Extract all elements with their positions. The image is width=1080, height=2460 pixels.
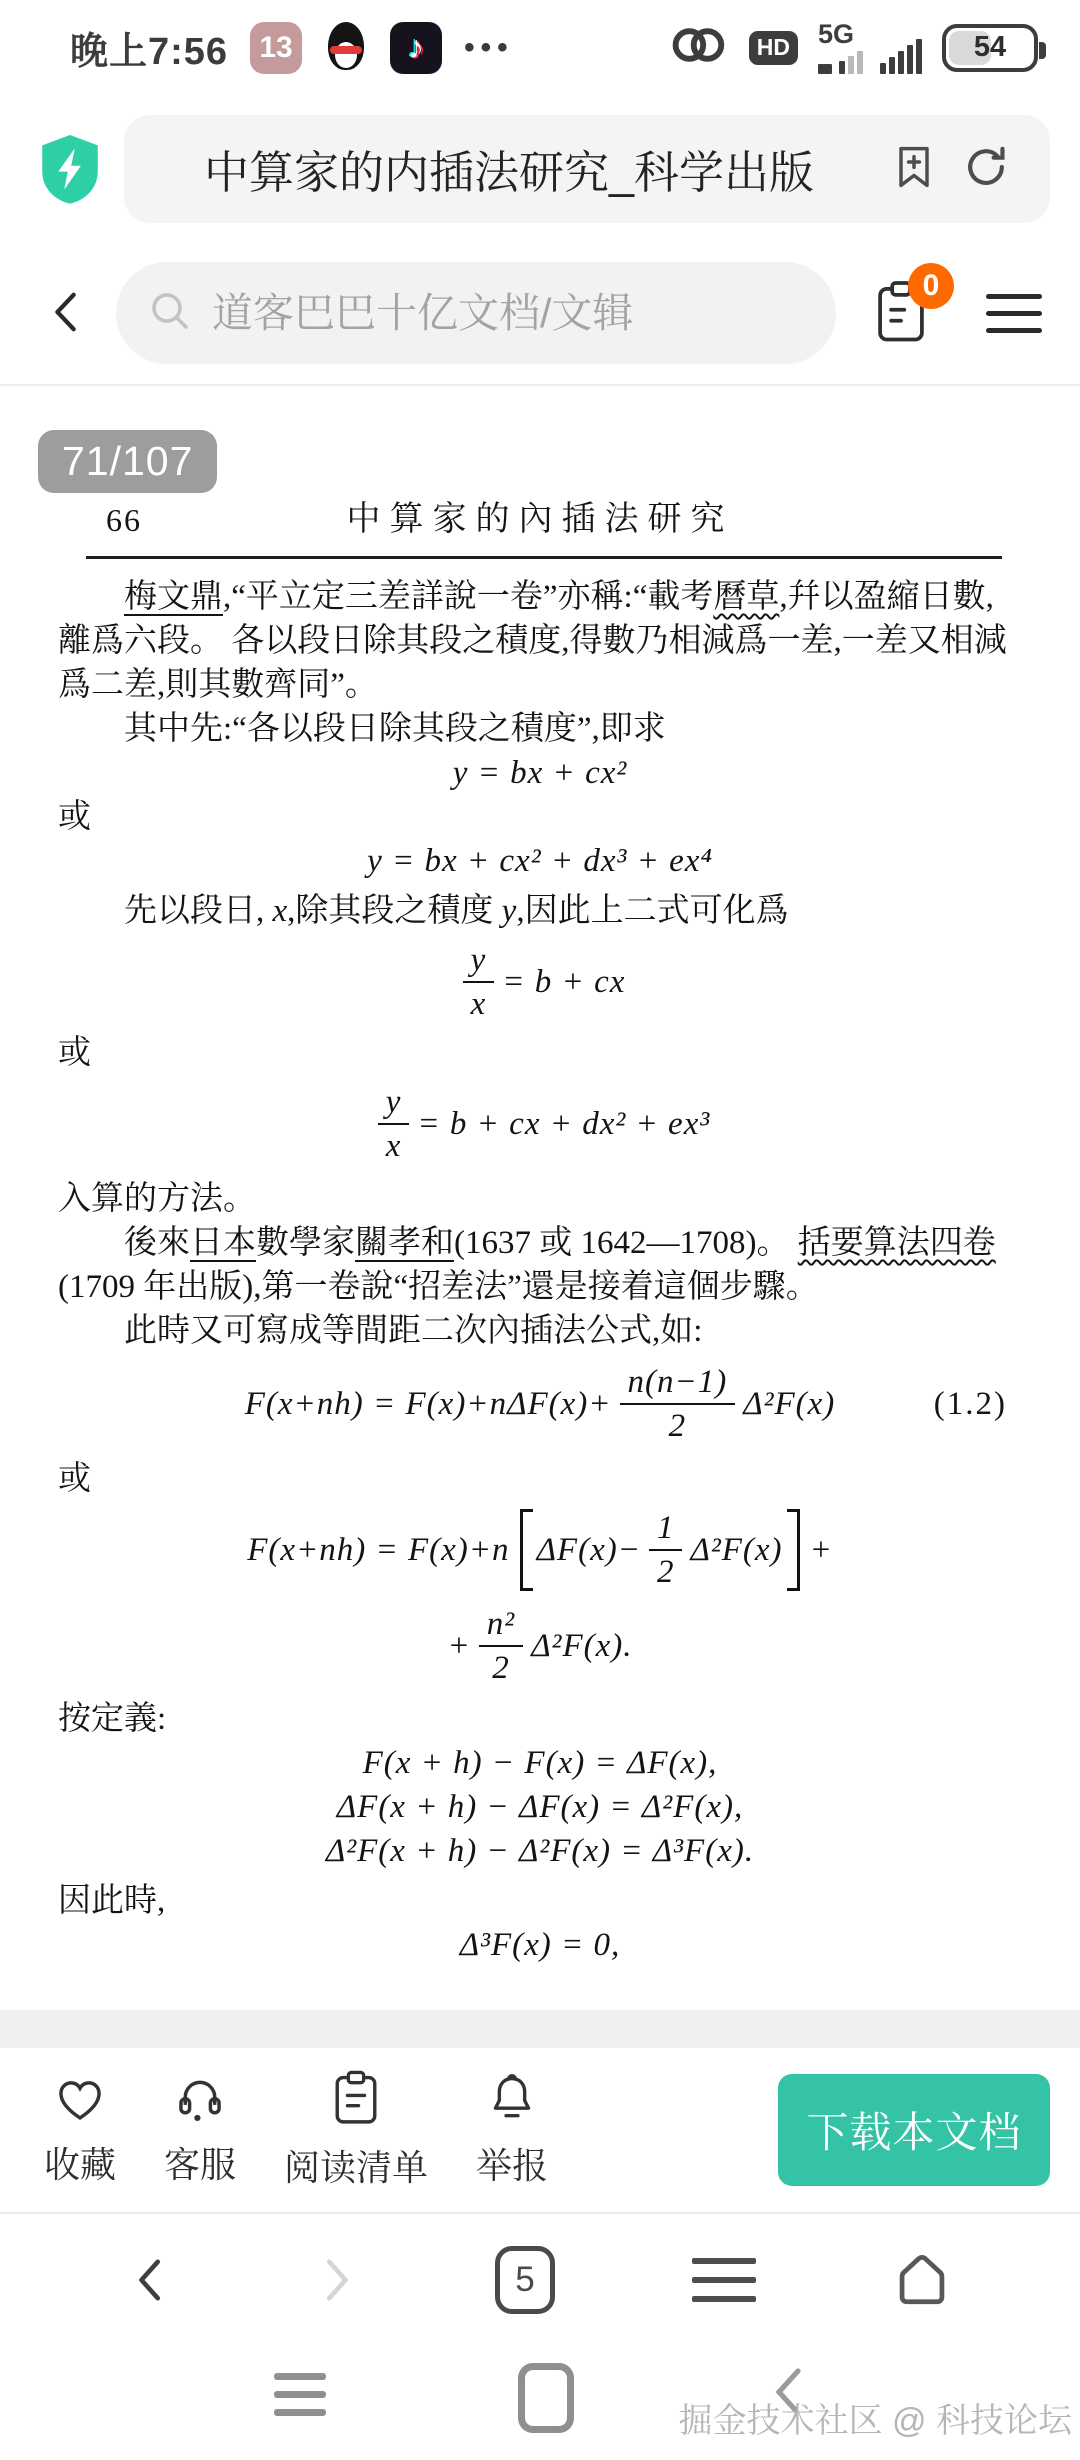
name-underlined: 梅文鼎 bbox=[124, 579, 223, 615]
bookmark-add-icon bbox=[888, 141, 940, 196]
paragraph-divide: 先以段日, x,除其段之積度 y,因此上二式可化爲 bbox=[58, 889, 1022, 933]
formula-text: + bbox=[810, 1528, 833, 1572]
favorite-button[interactable]: 收藏 bbox=[44, 2072, 116, 2188]
scan-page-number: 66 bbox=[106, 498, 142, 542]
screen: 晚上7:56 13 ♪ ••• HD 5G 54 bbox=[0, 0, 1080, 2460]
status-left: 晚上7:56 13 ♪ ••• bbox=[70, 20, 514, 75]
formula-10: Δ³F(x) = 0, bbox=[58, 1923, 1022, 1967]
fraction: n²2 bbox=[479, 1605, 523, 1687]
network-type-label: 5G bbox=[818, 21, 854, 48]
numerator: y bbox=[378, 1083, 410, 1125]
numerator: n(n−1) bbox=[620, 1363, 736, 1405]
page-header: 66 中算家的內插法研究 bbox=[58, 498, 1022, 542]
formula-text: y = bx + cx² + dx³ + ex⁴ bbox=[367, 843, 713, 879]
fraction: yx bbox=[378, 1083, 410, 1165]
math-var: y bbox=[502, 893, 517, 929]
formula-4: yx = b + cx + dx² + ex³ bbox=[58, 1083, 1022, 1165]
formula-6-line1: F(x+nh) = F(x)+n ΔF(x)− 12 Δ²F(x) + bbox=[58, 1509, 1022, 1591]
more-notifications-icon: ••• bbox=[464, 31, 514, 65]
formula-8: ΔF(x + h) − ΔF(x) = Δ²F(x), bbox=[58, 1785, 1022, 1829]
paragraph-definition: 按定義: bbox=[58, 1697, 1022, 1741]
term-wavy: 曆草 bbox=[713, 579, 779, 615]
page-title: 中算家的内插法研究_科学出版 bbox=[204, 136, 878, 201]
text-run: ,因此上二式可化爲 bbox=[516, 893, 788, 929]
formula-6-line2: + n²2 Δ²F(x). bbox=[58, 1605, 1022, 1687]
report-label: 举报 bbox=[476, 2138, 548, 2189]
battery-percent: 54 bbox=[974, 31, 1006, 64]
refresh-button[interactable] bbox=[950, 141, 1022, 196]
formula-5: F(x+nh) = F(x)+nΔF(x)+ n(n−1)2 Δ²F(x) (1… bbox=[58, 1363, 1022, 1445]
bell-icon bbox=[486, 2071, 538, 2128]
browser-nav-bar: 5 bbox=[0, 2212, 1080, 2345]
bookmark-add-button[interactable] bbox=[878, 141, 950, 196]
bracket-left bbox=[520, 1509, 533, 1591]
text-run: (1709 年出版),第一卷說“招差法”還是接着這個步驟。 bbox=[58, 1269, 819, 1305]
formula-text: = b + cx bbox=[502, 960, 625, 1004]
section-divider bbox=[0, 2010, 1080, 2048]
text-run: ,“平立定三差詳說一卷”亦稱:“載考 bbox=[223, 579, 713, 615]
or-word: 或 bbox=[58, 1457, 1022, 1501]
status-bar: 晚上7:56 13 ♪ ••• HD 5G 54 bbox=[0, 0, 1080, 95]
reading-list-toolbar-button[interactable]: 阅读清单 bbox=[284, 2069, 428, 2191]
numerator: 1 bbox=[649, 1509, 683, 1551]
fraction: n(n−1)2 bbox=[620, 1363, 736, 1445]
signal-sim1: 5G bbox=[818, 21, 872, 74]
search-bar[interactable] bbox=[116, 262, 836, 364]
fraction: 12 bbox=[649, 1509, 683, 1591]
paragraph-intro: 其中先:“各以段日除其段之積度”,即求 bbox=[58, 707, 1022, 751]
numerator: y bbox=[463, 941, 495, 983]
formula-text: F(x+nh) = F(x)+n bbox=[247, 1528, 509, 1572]
reading-list-button[interactable]: 0 bbox=[872, 279, 930, 348]
formula-text: Δ²F(x + h) − Δ²F(x) = Δ³F(x). bbox=[326, 1833, 754, 1869]
text-run: (1637 或 1642—1708)。 bbox=[454, 1225, 798, 1261]
back-button[interactable] bbox=[34, 284, 100, 343]
qq-penguin-icon bbox=[324, 22, 368, 74]
equation-number: (1.2) bbox=[934, 1382, 1007, 1426]
watermark: 掘金技术社区 @ 科技论坛 bbox=[679, 2393, 1072, 2442]
customer-service-label: 客服 bbox=[164, 2137, 236, 2188]
tiktok-icon: ♪ bbox=[390, 22, 442, 74]
browser-menu-button[interactable] bbox=[692, 2258, 756, 2302]
battery-icon: 54 bbox=[942, 24, 1038, 72]
formula-text: F(x+nh) = F(x)+nΔF(x)+ bbox=[245, 1382, 612, 1426]
signal-icon: 5G bbox=[818, 21, 922, 74]
scanned-page: 66 中算家的內插法研究 梅文鼎,“平立定三差詳說一卷”亦稱:“載考曆草,幷以盈… bbox=[0, 498, 1080, 1967]
system-nav-bar: 掘金技术社区 @ 科技论坛 bbox=[0, 2345, 1080, 2460]
formula-text: Δ²F(x). bbox=[531, 1624, 632, 1668]
paragraph-seki: 後來日本數學家關孝和(1637 或 1642—1708)。 括要算法四卷(170… bbox=[58, 1221, 1022, 1309]
favorite-label: 收藏 bbox=[44, 2137, 116, 2188]
denominator: 2 bbox=[492, 1647, 510, 1687]
book-wavy: 括要算法四卷 bbox=[798, 1225, 996, 1261]
home-square-button[interactable] bbox=[518, 2363, 574, 2433]
browser-address-row: 中算家的内插法研究_科学出版 bbox=[0, 95, 1080, 242]
name-underlined: 關孝和 bbox=[355, 1225, 454, 1261]
formula-text: Δ²F(x) bbox=[690, 1528, 782, 1572]
formula-9: Δ²F(x + h) − Δ²F(x) = Δ³F(x). bbox=[58, 1829, 1022, 1873]
site-header: 0 bbox=[0, 242, 1080, 386]
formula-text: = b + cx + dx² + ex³ bbox=[417, 1102, 710, 1146]
paragraph-therefore: 因此時, bbox=[58, 1879, 1022, 1923]
math-var: x bbox=[273, 893, 288, 929]
or-word: 或 bbox=[58, 1031, 1022, 1075]
clipboard-icon bbox=[872, 333, 930, 348]
report-button[interactable]: 举报 bbox=[476, 2071, 548, 2189]
reading-list-icon bbox=[330, 2069, 382, 2130]
text-run: 先以段日, bbox=[124, 893, 273, 929]
menu-button[interactable] bbox=[982, 288, 1046, 339]
formula-text: Δ³F(x) = 0, bbox=[460, 1927, 621, 1963]
home-button[interactable] bbox=[893, 2249, 951, 2311]
security-shield-icon bbox=[30, 133, 110, 205]
signal-bars-large bbox=[880, 39, 922, 74]
formula-text: Δ²F(x) bbox=[743, 1382, 835, 1426]
refresh-icon bbox=[960, 141, 1012, 196]
denominator: x bbox=[386, 1125, 402, 1165]
bracket-right bbox=[787, 1509, 800, 1591]
sync-loop-icon bbox=[667, 24, 729, 71]
nav-forward-button[interactable] bbox=[312, 2252, 358, 2308]
formula-2: y = bx + cx² + dx³ + ex⁴ bbox=[58, 839, 1022, 883]
reading-list-badge: 0 bbox=[908, 263, 954, 309]
formula-3: yx = b + cx bbox=[58, 941, 1022, 1023]
denominator: 2 bbox=[657, 1551, 675, 1591]
fraction: yx bbox=[463, 941, 495, 1023]
paragraph-mei: 梅文鼎,“平立定三差詳說一卷”亦稱:“載考曆草,幷以盈縮日數,離爲六段。 各以段… bbox=[58, 575, 1022, 707]
formula-text: ΔF(x)− bbox=[537, 1528, 641, 1572]
clock: 晚上7:56 bbox=[70, 20, 228, 75]
nav-back-button[interactable] bbox=[129, 2252, 175, 2308]
header-rule bbox=[86, 556, 1002, 559]
download-document-button[interactable]: 下载本文档 bbox=[778, 2074, 1050, 2186]
formula-7: F(x + h) − F(x) = ΔF(x), bbox=[58, 1741, 1022, 1785]
denominator: 2 bbox=[669, 1405, 687, 1445]
bottom-toolbar: 收藏 客服 阅读清单 举报 下载本文档 bbox=[0, 2048, 1080, 2212]
paragraph-method: 入算的方法。 bbox=[58, 1177, 1022, 1221]
title-fade bbox=[810, 115, 880, 223]
formula-text: + bbox=[448, 1624, 471, 1668]
formula-1: y = bx + cx² bbox=[58, 751, 1022, 795]
status-right: HD 5G 54 bbox=[667, 21, 1038, 74]
search-icon bbox=[146, 287, 194, 340]
running-head: 中算家的內插法研究 bbox=[58, 498, 1022, 542]
text-run: 後來 bbox=[124, 1225, 190, 1261]
text-run: 數學家 bbox=[256, 1225, 355, 1261]
formula-text: ΔF(x + h) − ΔF(x) = Δ²F(x), bbox=[337, 1789, 743, 1825]
document-viewer[interactable]: 71/107 66 中算家的內插法研究 梅文鼎,“平立定三差詳說一卷”亦稱:“載… bbox=[0, 386, 1080, 2010]
recents-button[interactable] bbox=[274, 2373, 326, 2416]
heart-icon bbox=[52, 2072, 108, 2127]
or-word: 或 bbox=[58, 795, 1022, 839]
text-run: ,除其段之積度 bbox=[287, 893, 502, 929]
numerator: n² bbox=[479, 1605, 523, 1647]
tab-count-button[interactable]: 5 bbox=[495, 2246, 555, 2314]
address-bar[interactable]: 中算家的内插法研究_科学出版 bbox=[124, 115, 1050, 223]
signal-bars-small bbox=[818, 51, 872, 74]
paragraph-formula-intro: 此時又可寫成等間距二次內插法公式,如: bbox=[58, 1309, 1022, 1353]
search-input[interactable] bbox=[212, 290, 806, 337]
formula-text: y = bx + cx² bbox=[453, 755, 628, 791]
denominator: x bbox=[471, 983, 487, 1023]
hd-icon: HD bbox=[749, 31, 798, 65]
reading-list-label: 阅读清单 bbox=[284, 2140, 428, 2191]
notification-app-13-icon: 13 bbox=[250, 22, 302, 74]
place-underlined: 日本 bbox=[190, 1225, 256, 1261]
headset-icon bbox=[172, 2072, 228, 2127]
formula-text: F(x + h) − F(x) = ΔF(x), bbox=[363, 1745, 718, 1781]
page-indicator-badge: 71/107 bbox=[38, 430, 217, 493]
customer-service-button[interactable]: 客服 bbox=[164, 2072, 236, 2188]
